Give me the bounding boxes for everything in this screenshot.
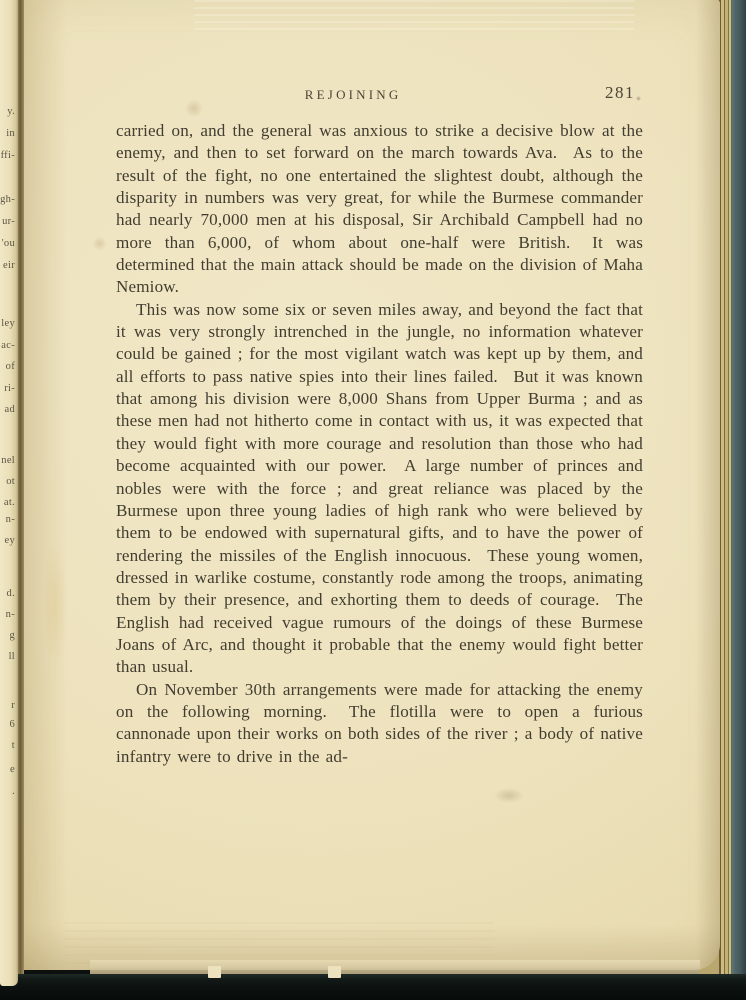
page-edge-tab: [328, 966, 341, 978]
facing-page-text-fragment: n-: [6, 609, 15, 621]
facing-page-text-fragment: ll: [9, 651, 15, 663]
book-binding-bottom: [0, 974, 746, 1000]
facing-page-text-fragment: ri-: [4, 383, 15, 395]
facing-page-text-fragment: e: [10, 764, 15, 776]
paragraph: This was now some six or seven miles awa…: [116, 299, 643, 679]
facing-page-text-fragment: ac-: [1, 340, 15, 352]
book-page-scan: y. in ffi- gh- ur- 'ou eir ley ac- of ri…: [0, 0, 746, 1000]
facing-page-edge: y. in ffi- gh- ur- 'ou eir ley ac- of ri…: [0, 0, 18, 986]
facing-page-text-fragment: ley: [1, 318, 15, 330]
facing-page-text-fragment: ey: [4, 535, 15, 547]
page-number: 281: [605, 83, 635, 103]
facing-page-text-fragment: eir: [3, 260, 15, 272]
facing-page-text-fragment: d.: [7, 588, 15, 600]
running-title: REJOINING: [305, 87, 402, 103]
facing-page-text-fragment: t: [12, 740, 15, 752]
facing-page-text-fragment: gh-: [0, 194, 15, 206]
paper-stain: [92, 236, 107, 251]
facing-page-text-fragment: ffi-: [1, 150, 15, 162]
facing-page-text-fragment: n-: [6, 514, 15, 526]
paragraph: On November 30th arrangements were made …: [116, 679, 643, 768]
facing-page-text-fragment: of: [6, 361, 15, 373]
paper-stain: [494, 788, 524, 803]
facing-page-text-fragment: nel: [1, 455, 15, 467]
facing-page-text-fragment: g: [9, 630, 15, 642]
facing-page-text-fragment: ad: [4, 404, 15, 416]
facing-page-text-fragment: ur-: [2, 216, 15, 228]
page-edge-tab: [208, 966, 221, 978]
page-text: carried on, and the general was anxious …: [116, 120, 643, 768]
facing-page-text-fragment: .: [12, 786, 15, 798]
paper-stain: [42, 540, 68, 670]
facing-page-text-fragment: ot: [6, 476, 15, 488]
book-page: REJOINING 281 carried on, and the genera…: [24, 0, 720, 970]
facing-page-text-fragment: y.: [7, 106, 15, 118]
facing-page-text-fragment: 6: [9, 719, 15, 731]
facing-page-text-fragment: r: [11, 700, 15, 712]
facing-page-text-fragment: 'ou: [2, 238, 15, 250]
page-header: REJOINING 281: [116, 83, 643, 105]
scan-streaks-top: [194, 0, 634, 30]
facing-page-text-fragment: in: [6, 128, 15, 140]
paragraph: carried on, and the general was anxious …: [116, 120, 643, 299]
facing-page-text-fragment: at.: [4, 497, 15, 509]
